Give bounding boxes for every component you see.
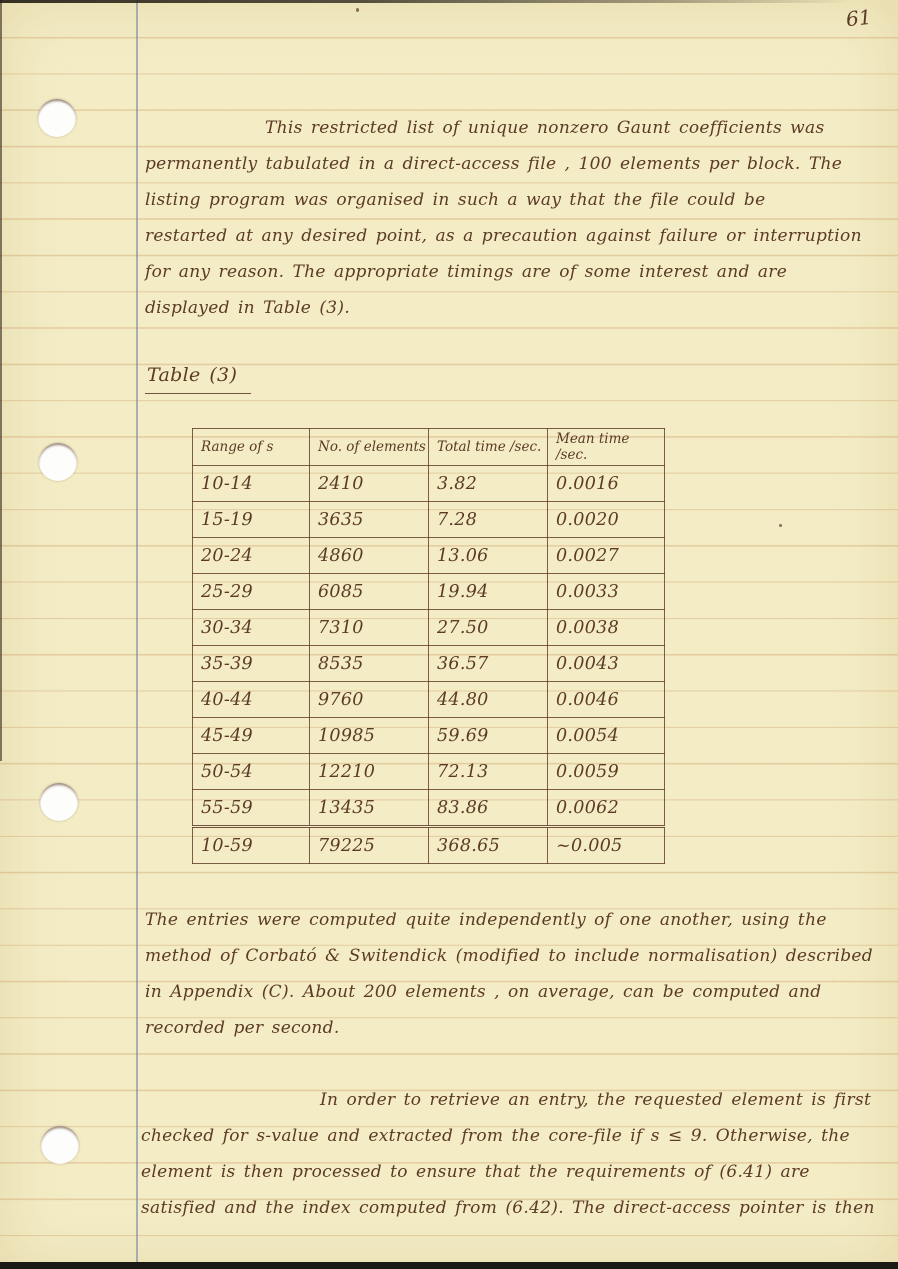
notebook-page: 61 This restricted list of unique nonzer… — [0, 0, 898, 1269]
paragraph3-line: element is then processed to ensure that… — [141, 1154, 810, 1190]
cell-mean: 0.0054 — [548, 718, 665, 754]
cell-total: 36.57 — [429, 646, 548, 682]
cell-elements: 9760 — [310, 682, 429, 718]
hole-punch — [38, 99, 76, 137]
hole-punch — [40, 783, 78, 821]
cell-range: 30-34 — [193, 610, 310, 646]
table-row: 40-44 9760 44.80 0.0046 — [193, 682, 665, 718]
table-row: 10-14 2410 3.82 0.0016 — [193, 466, 665, 502]
cell-total: 368.65 — [429, 827, 548, 864]
paragraph2-line: The entries were computed quite independ… — [145, 902, 827, 938]
cell-mean: 0.0038 — [548, 610, 665, 646]
cell-elements: 12210 — [310, 754, 429, 790]
col-header-elements: No. of elements — [310, 429, 429, 466]
paragraph3-line: In order to retrieve an entry, the reque… — [320, 1082, 871, 1118]
cell-elements: 8535 — [310, 646, 429, 682]
col-header-range: Range of s — [193, 429, 310, 466]
cell-range: 15-19 — [193, 502, 310, 538]
cell-mean: 0.0027 — [548, 538, 665, 574]
col-header-total: Total time /sec. — [429, 429, 548, 466]
cell-total: 72.13 — [429, 754, 548, 790]
table-row: 35-39 8535 36.57 0.0043 — [193, 646, 665, 682]
cell-range: 50-54 — [193, 754, 310, 790]
cell-range: 20-24 — [193, 538, 310, 574]
scan-edge-top — [0, 0, 898, 3]
stray-ink-mark — [356, 8, 359, 12]
paragraph3-line: satisfied and the index computed from (6… — [141, 1190, 875, 1226]
cell-elements: 6085 — [310, 574, 429, 610]
table-row: 25-29 6085 19.94 0.0033 — [193, 574, 665, 610]
cell-mean: ~0.005 — [548, 827, 665, 864]
cell-mean: 0.0046 — [548, 682, 665, 718]
paragraph1-line: displayed in Table (3). — [145, 290, 350, 326]
cell-elements: 7310 — [310, 610, 429, 646]
cell-range: 10-59 — [193, 827, 310, 864]
table-row: 20-24 4860 13.06 0.0027 — [193, 538, 665, 574]
cell-elements: 10985 — [310, 718, 429, 754]
cell-total: 7.28 — [429, 502, 548, 538]
cell-mean: 0.0033 — [548, 574, 665, 610]
cell-elements: 79225 — [310, 827, 429, 864]
paragraph3-line: checked for s-value and extracted from t… — [141, 1118, 850, 1154]
paragraph1-line: for any reason. The appropriate timings … — [145, 254, 787, 290]
paragraph1-line: listing program was organised in such a … — [145, 182, 765, 218]
cell-range: 10-14 — [193, 466, 310, 502]
cell-mean: 0.0059 — [548, 754, 665, 790]
cell-total: 83.86 — [429, 790, 548, 827]
table-title: Table (3) — [145, 360, 251, 394]
scan-edge-left — [0, 0, 2, 761]
margin-line — [136, 0, 138, 1269]
cell-range: 25-29 — [193, 574, 310, 610]
table-header-row: Range of s No. of elements Total time /s… — [193, 429, 665, 466]
cell-mean: 0.0020 — [548, 502, 665, 538]
cell-total: 3.82 — [429, 466, 548, 502]
col-header-mean: Mean time /sec. — [548, 429, 665, 466]
paragraph1-line: permanently tabulated in a direct-access… — [145, 146, 842, 182]
table-row: 15-19 3635 7.28 0.0020 — [193, 502, 665, 538]
cell-range: 40-44 — [193, 682, 310, 718]
cell-elements: 3635 — [310, 502, 429, 538]
paragraph1-line: This restricted list of unique nonzero G… — [265, 110, 825, 146]
cell-total: 19.94 — [429, 574, 548, 610]
cell-total: 13.06 — [429, 538, 548, 574]
timings-table: Range of s No. of elements Total time /s… — [192, 428, 665, 864]
cell-total: 44.80 — [429, 682, 548, 718]
hole-punch — [41, 1126, 79, 1164]
cell-elements: 2410 — [310, 466, 429, 502]
scan-edge-bottom — [0, 1262, 898, 1269]
cell-elements: 4860 — [310, 538, 429, 574]
cell-range: 55-59 — [193, 790, 310, 827]
cell-total: 59.69 — [429, 718, 548, 754]
table-row: 45-49 10985 59.69 0.0054 — [193, 718, 665, 754]
hole-punch — [39, 443, 77, 481]
cell-mean: 0.0062 — [548, 790, 665, 827]
cell-range: 45-49 — [193, 718, 310, 754]
page-number: 61 — [845, 5, 873, 32]
table-summary-row: 10-59 79225 368.65 ~0.005 — [193, 827, 665, 864]
cell-range: 35-39 — [193, 646, 310, 682]
cell-total: 27.50 — [429, 610, 548, 646]
paragraph2-line: in Appendix (C). About 200 elements , on… — [145, 974, 821, 1010]
cell-mean: 0.0043 — [548, 646, 665, 682]
paragraph1-line: restarted at any desired point, as a pre… — [145, 218, 862, 254]
table-row: 55-59 13435 83.86 0.0062 — [193, 790, 665, 827]
cell-mean: 0.0016 — [548, 466, 665, 502]
table-row: 50-54 12210 72.13 0.0059 — [193, 754, 665, 790]
paragraph2-line: recorded per second. — [145, 1010, 340, 1046]
paragraph2-line: method of Corbató & Switendick (modified… — [145, 938, 873, 974]
stray-ink-mark — [779, 524, 782, 527]
cell-elements: 13435 — [310, 790, 429, 827]
table-row: 30-34 7310 27.50 0.0038 — [193, 610, 665, 646]
